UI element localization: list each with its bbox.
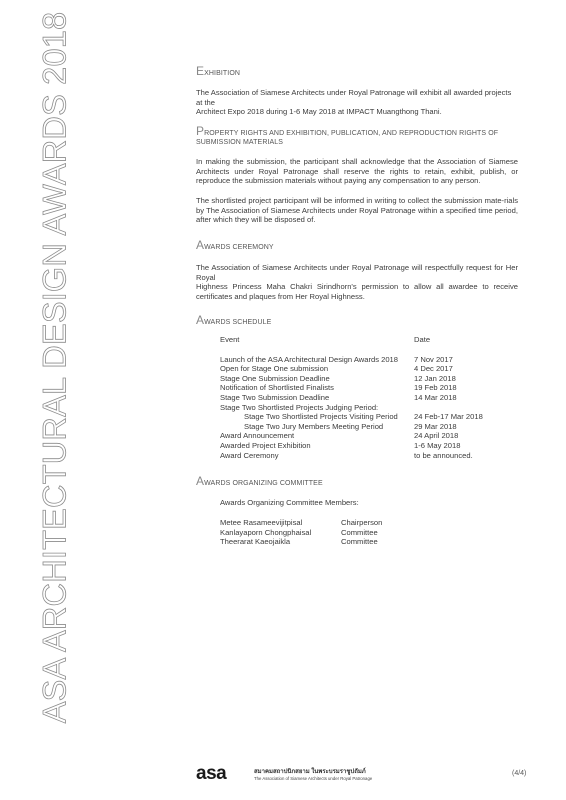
member-name: Theerarat Kaeojaikla <box>220 537 341 547</box>
vertical-side-title: ASA ARCHITECTURAL DESIGN AWARDS 2018 <box>42 36 68 698</box>
ceremony-paragraph: The Association of Siamese Architects un… <box>196 263 518 302</box>
schedule-row: Awarded Project Exhibition1-6 May 2018 <box>220 441 520 451</box>
schedule-row: Stage One Submission Deadline12 Jan 2018 <box>220 374 520 384</box>
schedule-row: Stage Two Jury Members Meeting Period29 … <box>220 422 520 432</box>
heading-organizing-committee: Awards organizing committee <box>196 476 323 489</box>
committee-member: Theerarat KaeojaiklaCommittee <box>220 537 382 547</box>
schedule-date: to be announced. <box>414 451 473 461</box>
schedule-row: Award Announcement24 April 2018 <box>220 431 520 441</box>
schedule-event: Notification of Shortlisted Finalists <box>220 383 414 393</box>
schedule-event: Award Ceremony <box>220 451 414 461</box>
member-name: Metee Rasameevijitpisal <box>220 518 341 528</box>
schedule-date: 4 Dec 2017 <box>414 364 453 374</box>
schedule-row: Notification of Shortlisted Finalists19 … <box>220 383 520 393</box>
schedule-event: Award Announcement <box>220 431 414 441</box>
schedule-event: Stage Two Jury Members Meeting Period <box>220 422 414 432</box>
committee-member: Kanlayaporn ChongphaisalCommittee <box>220 528 382 538</box>
column-header-date: Date <box>414 335 430 345</box>
schedule-row: Stage Two Shortlisted Projects Visiting … <box>220 412 520 422</box>
schedule-event: Open for Stage One submission <box>220 364 414 374</box>
schedule-event: Launch of the ASA Architectural Design A… <box>220 355 414 365</box>
schedule-row: Open for Stage One submission4 Dec 2017 <box>220 364 520 374</box>
page-indicator: (4/4) <box>512 770 526 777</box>
committee-intro: Awards Organizing Committee Members: <box>220 498 359 507</box>
committee-member: Metee RasameevijitpisalChairperson <box>220 518 382 528</box>
heading-awards-ceremony: Awards ceremony <box>196 240 274 253</box>
schedule-event: Stage One Submission Deadline <box>220 374 414 384</box>
schedule-event: Stage Two Submission Deadline <box>220 393 414 403</box>
schedule-date: 14 Mar 2018 <box>414 393 457 403</box>
schedule-date: 1-6 May 2018 <box>414 441 460 451</box>
schedule-date: 24 April 2018 <box>414 431 458 441</box>
heading-awards-schedule: Awards schedule <box>196 315 271 328</box>
member-role: Committee <box>341 537 378 547</box>
committee-members-list: Metee RasameevijitpisalChairpersonKanlay… <box>220 518 382 547</box>
property-paragraph-2: The shortlisted project participant will… <box>196 196 518 225</box>
schedule-date: 19 Feb 2018 <box>414 383 457 393</box>
schedule-row: Stage Two Submission Deadline14 Mar 2018 <box>220 393 520 403</box>
schedule-event: Awarded Project Exhibition <box>220 441 414 451</box>
heading-property-rights: Property rights and exhibition, publicat… <box>196 127 518 147</box>
column-header-event: Event <box>220 335 414 345</box>
member-role: Committee <box>341 528 378 538</box>
member-role: Chairperson <box>341 518 382 528</box>
schedule-row: Award Ceremonyto be announced. <box>220 451 520 461</box>
schedule-date: 12 Jan 2018 <box>414 374 456 384</box>
schedule-row: Launch of the ASA Architectural Design A… <box>220 355 520 365</box>
footer-org-name-thai: สมาคมสถาปนิกสยาม ในพระบรมราชูปถัมภ์ <box>254 766 366 776</box>
side-title-text: ASA ARCHITECTURAL DESIGN AWARDS 2018 <box>37 11 74 723</box>
schedule-date: 24 Feb-17 Mar 2018 <box>414 412 483 422</box>
schedule-event: Stage Two Shortlisted Projects Judging P… <box>220 403 414 413</box>
exhibition-paragraph: The Association of Siamese Architects un… <box>196 88 518 117</box>
member-name: Kanlayaporn Chongphaisal <box>220 528 341 538</box>
schedule-row: Stage Two Shortlisted Projects Judging P… <box>220 403 520 413</box>
schedule-header-row: Event Date <box>220 335 520 345</box>
footer-org-name-english: The Association of Siamese Architects un… <box>254 776 372 781</box>
schedule-event: Stage Two Shortlisted Projects Visiting … <box>220 412 414 422</box>
asa-logo-icon: asa <box>196 766 252 780</box>
schedule-date: 29 Mar 2018 <box>414 422 457 432</box>
svg-text:asa: asa <box>196 766 227 780</box>
heading-exhibition: Exhibition <box>196 66 240 79</box>
schedule-table: Event Date Launch of the ASA Architectur… <box>220 335 520 460</box>
schedule-date: 7 Nov 2017 <box>414 355 453 365</box>
property-paragraph-1: In making the submission, the participan… <box>196 157 518 186</box>
